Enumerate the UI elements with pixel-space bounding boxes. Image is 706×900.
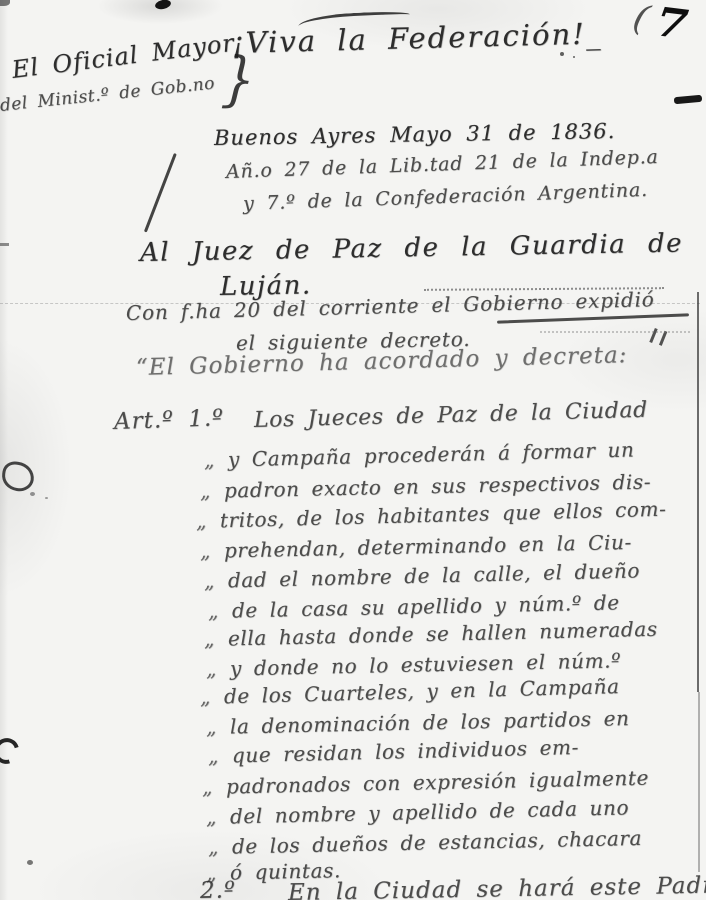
article1-line: „dad el nombre de la calle, el dueño [204,558,641,593]
dateline-era-line: Añ.o 27 de la Lib.tad 21 de la Indep.a [226,146,659,183]
article1-line-text: de la casa su apellido y núm.º de [232,590,620,622]
ditto-mark: „ [204,627,216,651]
article1-line: „ella hasta donde se hallen numeradas [204,617,658,651]
article2-label: 2.º [200,877,236,900]
article1-line: „que residan los individuos em- [208,735,579,768]
article1-line: „y Campaña procederán á formar un [204,437,635,472]
ditto-mark: „ [206,657,217,681]
article1-line-text: del nombre y apellido de cada uno [230,795,630,828]
ink-dash-right [674,95,703,104]
article1-line-first: Los Jueces de Paz de la Ciudad [254,398,648,433]
article1-line-text: ella hasta donde se hallen numeradas [228,617,658,651]
dateline-place-date: Buenos Ayres Mayo 31 de 1836. [214,119,616,150]
ditto-mark: „ [208,744,220,768]
small-speck [27,860,33,865]
article1-line-text: la denominación de los partidos en [230,706,630,738]
stray-paren-mark: ( [629,0,654,40]
article1-label: Art.º 1.º [114,405,225,435]
ditto-mark: „ [200,685,212,709]
manuscript-page: ( 7 ¡Viva la Federación!_ El Oficial May… [0,0,706,900]
article1-line: „de los dueños de estancias, chacara [208,826,643,859]
intro-line3: “El Gobierno ha acordado y decreta: [136,342,628,381]
page-number: 7 [653,0,691,49]
ditto-mark: „ [200,539,211,563]
dateline-confederation-line: y 7.º de la Confederación Argentina. [243,179,649,215]
left-edge-dash [0,243,9,246]
article1-line-text: padron exacto en sus respectivos dis- [224,470,652,503]
page-edge-line-faint [698,692,700,872]
ditto-mark: „ [196,509,208,533]
ditto-mark: „ [206,805,218,829]
article1-line-text: tritos, de los habitantes que ellos com- [220,497,667,533]
article1-line-text: padronados con expresión igualmente [226,766,650,799]
ditto-mark: „ [206,715,217,739]
article1-line-text: prehendan, determinando en la Ciu- [224,530,632,563]
dotted-scan-line-small [540,331,690,333]
article1-line-text: dad el nombre de la calle, el dueño [228,558,641,592]
ink-blot-hole [0,460,36,493]
ink-blob-top [154,0,172,11]
article1-line-text: y Campaña procederán á formar un [228,437,635,471]
ditto-mark: „ [208,599,219,623]
article1-line: „prehendan, determinando en la Ciu- [200,530,632,563]
left-edge-curl [0,734,24,769]
ink-blot-dots [30,492,35,496]
pen-slash-stroke [144,153,176,232]
article1-line: „la denominación de los partidos en [206,706,630,739]
corner-speck [0,0,10,6]
ditto-mark: „ [200,479,211,503]
ditto-mark: „ [202,775,213,799]
margin-note-brace: } [220,44,258,115]
strikethrough-stroke [497,313,689,323]
article1-line: „padronados con expresión igualmente [202,766,649,799]
ditto-mark: „ [208,835,219,859]
article1-line: „del nombre y apellido de cada uno [206,795,630,829]
article1-line-text: de los dueños de estancias, chacara [232,826,643,859]
header-trailing-dots [560,52,564,56]
article2-fragment: En la Ciudad se hará este Padron por los [288,870,706,900]
page-title: ¡Viva la Federación!_ [232,16,603,60]
ditto-mark: „ [204,448,216,472]
salutation-line1: Al Juez de Paz de la Guardia de [140,229,683,268]
article1-line-text: que residan los individuos em- [232,735,580,767]
ditto-mark: „ [204,569,216,593]
article1-line: „tritos, de los habitantes que ellos com… [196,497,667,533]
page-edge-line [697,292,699,692]
